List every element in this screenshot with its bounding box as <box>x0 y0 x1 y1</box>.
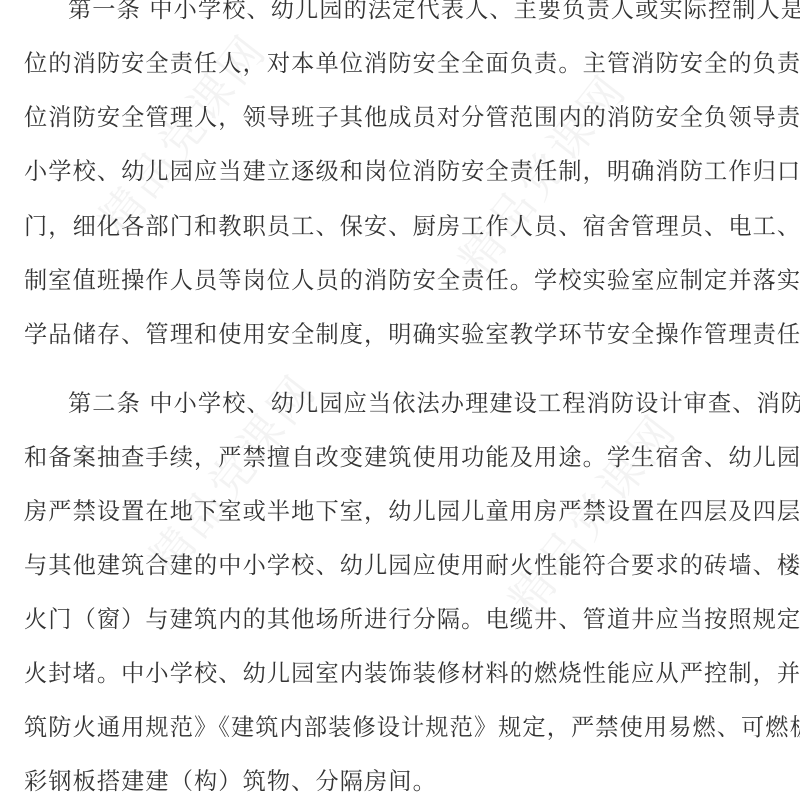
article-1-line-7: 学品储存、管理和使用安全制度，明确实验室教学环节安全操作管理责任。 <box>24 320 784 350</box>
article-1-line-2: 位的消防安全责任人，对本单位消防安全全面负责。主管消防安全的负责人是单 <box>24 49 784 79</box>
article-1-line-1: 第一条 中小学校、幼儿园的法定代表人、主要负责人或实际控制人是本单 <box>68 0 800 25</box>
article-2-line-1: 第二条 中小学校、幼儿园应当依法办理建设工程消防设计审查、消防验收 <box>68 389 800 419</box>
article-2-line-7: 筑防火通用规范》《建筑内部装修设计规范》规定，严禁使用易燃、可燃板材、 <box>24 713 784 743</box>
article-1-line-5: 门，细化各部门和教职员工、保安、厨房工作人员、宿舍管理员、电工、消防控 <box>24 212 784 242</box>
article-1-line-4: 小学校、幼儿园应当建立逐级和岗位消防安全责任制，明确消防工作归口管理部 <box>24 157 784 187</box>
article-2-line-8: 彩钢板搭建建（构）筑物、分隔房间。 <box>24 767 784 797</box>
article-2-line-4: 与其他建筑合建的中小学校、幼儿园应使用耐火性能符合要求的砖墙、楼板和防 <box>24 551 784 581</box>
article-2-line-2: 和备案抽查手续，严禁擅自改变建筑使用功能及用途。学生宿舍、幼儿园儿童用 <box>24 443 784 473</box>
article-1-line-6: 制室值班操作人员等岗位人员的消防安全责任。学校实验室应制定并落实危险化 <box>24 266 784 296</box>
article-2-line-5: 火门（窗）与建筑内的其他场所进行分隔。电缆井、管道井应当按照规定进行防 <box>24 605 784 635</box>
article-2-line-6: 火封堵。中小学校、幼儿园室内装饰装修材料的燃烧性能应从严控制，并符合《建 <box>24 659 784 689</box>
document-page: 精品党课网 精品党课网 精品党课网 精品党课网 第一条 中小学校、幼儿园的法定代… <box>0 0 800 800</box>
article-1-line-3: 位消防安全管理人，领导班子其他成员对分管范围内的消防安全负领导责任。中 <box>24 103 784 133</box>
article-2-line-3: 房严禁设置在地下室或半地下室，幼儿园儿童用房严禁设置在四层及四层以上。 <box>24 497 784 527</box>
